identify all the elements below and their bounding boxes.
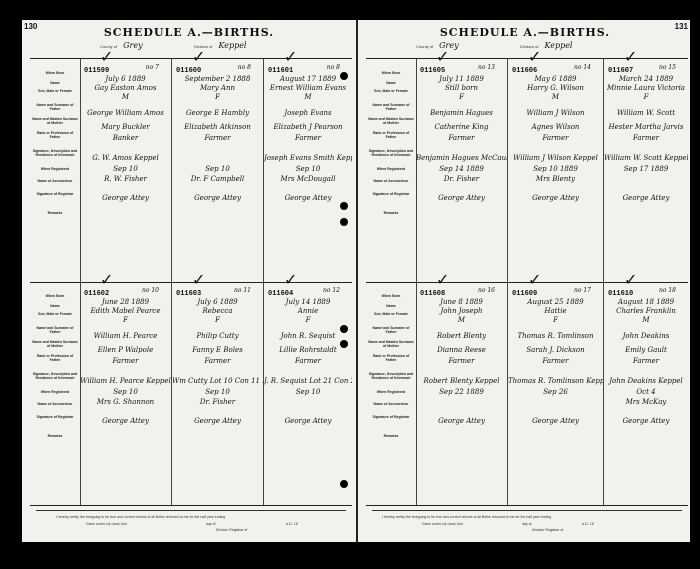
- entry-number: no 15: [659, 64, 676, 71]
- row-label: Signature, Description and Residence of …: [32, 372, 78, 380]
- field-name: Hattie: [508, 307, 603, 315]
- field-mother: Catherine King: [416, 123, 507, 131]
- field-registrar: George Attey: [508, 194, 603, 202]
- entry-cell: ✓011604no 12July 14 1889AnnieFJohn R. Se…: [264, 282, 352, 505]
- field-father: Joseph Evans: [264, 109, 352, 117]
- entry-number: no 12: [323, 287, 340, 294]
- field-sex: M: [80, 93, 171, 101]
- field-when-born: August 25 1889: [508, 298, 603, 306]
- row-label: Name and Maiden Surname of Mother: [368, 117, 414, 125]
- row-label: Signature, Description and Residence of …: [368, 149, 414, 157]
- field-name: Still born: [416, 84, 507, 92]
- check-mark-icon: ✓: [528, 270, 541, 289]
- field-registered: Sep 26: [508, 388, 603, 396]
- field-informant: John Deakins Keppel: [604, 377, 688, 385]
- field-rank: Farmer: [508, 357, 603, 365]
- field-sex: M: [604, 316, 688, 324]
- field-sex: F: [416, 93, 507, 101]
- entry-number: no 14: [574, 64, 591, 71]
- certificate-number: 011599: [84, 67, 109, 75]
- field-accoucheur: Mrs G. Shannon: [80, 398, 171, 406]
- field-sex: F: [172, 93, 263, 101]
- field-when-born: September 2 1888: [172, 75, 263, 83]
- field-name: Annie: [264, 307, 352, 315]
- certificate-number: 011600: [176, 67, 201, 75]
- field-registered: Sep 10: [264, 388, 352, 396]
- field-when-born: June 8 1889: [416, 298, 507, 306]
- check-mark-icon: ✓: [284, 47, 297, 66]
- check-mark-icon: ✓: [192, 270, 205, 289]
- field-rank: Farmer: [264, 134, 352, 142]
- field-father: John R. Sequist: [264, 332, 352, 340]
- field-sex: M: [264, 93, 352, 101]
- field-registered: Sep 14 1889: [416, 165, 507, 173]
- field-mother: Elizabeth Atkinson: [172, 123, 263, 131]
- left-page: 130 SCHEDULE A.—BIRTHS. County ofGrey Di…: [22, 20, 356, 542]
- row-label: When Registered: [32, 167, 78, 171]
- field-name: Ernest William Evans: [264, 84, 352, 92]
- schedule-title: SCHEDULE A.—BIRTHS.: [22, 26, 356, 39]
- check-mark-icon: ✓: [436, 47, 449, 66]
- field-registered: Sep 22 1889: [416, 388, 507, 396]
- entry-number: no 11: [234, 287, 251, 294]
- certificate-number: 011607: [608, 67, 633, 75]
- field-father: Thomas R. Tomlinson: [508, 332, 603, 340]
- row-label: Name of Accoucheur: [32, 179, 78, 183]
- certificate-number: 011602: [84, 290, 109, 298]
- row-label: When Born: [32, 294, 78, 298]
- row-label: Name and Surname of Father: [32, 103, 78, 111]
- check-mark-icon: ✓: [528, 47, 541, 66]
- row-label: Name of Accoucheur: [32, 402, 78, 406]
- field-registrar: George Attey: [416, 194, 507, 202]
- births-grid: When BornNameSex; Male or FemaleName and…: [366, 58, 688, 506]
- field-rank: Farmer: [172, 357, 263, 365]
- field-informant: Thomas R. Tomlinson Keppel: [508, 377, 603, 385]
- field-informant: Benjamin Hagues McCauley: [416, 154, 507, 162]
- binding-hole: [340, 72, 348, 80]
- row-label: When Registered: [368, 390, 414, 394]
- field-accoucheur: Mrs McKay: [604, 398, 688, 406]
- field-father: John Deakins: [604, 332, 688, 340]
- binding-hole: [340, 218, 348, 226]
- field-name: Minnie Laura Victoria: [604, 84, 688, 92]
- field-mother: Agnes Wilson: [508, 123, 603, 131]
- field-rank: Farmer: [172, 134, 263, 142]
- field-rank: Farmer: [604, 357, 688, 365]
- field-mother: Sarah J. Dickson: [508, 346, 603, 354]
- check-mark-icon: ✓: [436, 270, 449, 289]
- field-sex: F: [508, 316, 603, 324]
- field-registrar: George Attey: [172, 417, 263, 425]
- field-when-born: July 11 1889: [416, 75, 507, 83]
- certificate-number: 011609: [512, 290, 537, 298]
- row-label: Name and Maiden Surname of Mother: [368, 340, 414, 348]
- row-label: Name and Surname of Father: [368, 326, 414, 334]
- field-registrar: George Attey: [80, 417, 171, 425]
- field-when-born: August 18 1889: [604, 298, 688, 306]
- entry-cell: ✓011599no 7July 6 1889Gay Easton AmosMGe…: [80, 59, 172, 282]
- field-mother: Mary Buckler: [80, 123, 171, 131]
- certificate-number: 011606: [512, 67, 537, 75]
- field-rank: Farmer: [264, 357, 352, 365]
- check-mark-icon: ✓: [624, 47, 637, 66]
- field-registered: Sep 10: [80, 165, 171, 173]
- field-rank: Farmer: [508, 134, 603, 142]
- field-registered: Sep 10: [172, 165, 263, 173]
- check-mark-icon: ✓: [192, 47, 205, 66]
- row-label: Signature of Registrar: [368, 192, 414, 196]
- field-registered: Sep 10: [172, 388, 263, 396]
- field-when-born: July 14 1889: [264, 298, 352, 306]
- right-page: 131 SCHEDULE A.—BIRTHS. County ofGrey Di…: [356, 20, 692, 542]
- field-registrar: George Attey: [264, 417, 352, 425]
- entry-cell: ✓011603no 11July 6 1889RebeccaFPhilip Cu…: [172, 282, 264, 505]
- row-label: When Born: [368, 294, 414, 298]
- row-label: Rank or Profession of Father: [32, 354, 78, 362]
- row-label: Name: [368, 304, 414, 308]
- row-label: Remarks: [32, 434, 78, 438]
- binding-hole: [340, 340, 348, 348]
- check-mark-icon: ✓: [624, 270, 637, 289]
- row-label: Rank or Profession of Father: [32, 131, 78, 139]
- register-sheet: 130 SCHEDULE A.—BIRTHS. County ofGrey Di…: [22, 20, 690, 542]
- field-sex: F: [604, 93, 688, 101]
- row-label: When Born: [32, 71, 78, 75]
- field-father: William J Wilson: [508, 109, 603, 117]
- field-when-born: August 17 1889: [264, 75, 352, 83]
- field-father: George William Amos: [80, 109, 171, 117]
- field-when-born: March 24 1889: [604, 75, 688, 83]
- row-label: When Registered: [32, 390, 78, 394]
- field-mother: Dianna Reese: [416, 346, 507, 354]
- row-label: Signature, Description and Residence of …: [368, 372, 414, 380]
- entry-cell: ✓011601no 8August 17 1889Ernest William …: [264, 59, 352, 282]
- entry-cell: ✓011600no 8September 2 1888Mary AnnFGeor…: [172, 59, 264, 282]
- certificate-number: 011601: [268, 67, 293, 75]
- field-accoucheur: Dr. F Campbell: [172, 175, 263, 183]
- field-rank: Farmer: [80, 357, 171, 365]
- field-sex: F: [172, 316, 263, 324]
- row-label: Sex; Male or Female: [32, 312, 78, 316]
- field-name: Charles Franklin: [604, 307, 688, 315]
- binding-hole: [340, 202, 348, 210]
- field-when-born: July 6 1889: [80, 75, 171, 83]
- field-sex: F: [264, 316, 352, 324]
- entry-cell: ✓011608no 16June 8 1889John JosephMRober…: [416, 282, 508, 505]
- entry-number: no 18: [659, 287, 676, 294]
- row-label: Remarks: [368, 434, 414, 438]
- field-informant: J. R. Sequist Lot 21 Con 2 Keppel: [264, 377, 352, 385]
- field-rank: Farmer: [604, 134, 688, 142]
- field-registrar: George Attey: [604, 194, 688, 202]
- field-registrar: George Attey: [172, 194, 263, 202]
- field-registered: Sep 17 1889: [604, 165, 688, 173]
- row-label: Name and Surname of Father: [32, 326, 78, 334]
- check-mark-icon: ✓: [100, 270, 113, 289]
- field-registrar: George Attey: [508, 417, 603, 425]
- field-accoucheur: Dr. Fisher: [416, 175, 507, 183]
- field-accoucheur: Dr. Fisher: [172, 398, 263, 406]
- entry-number: no 17: [574, 287, 591, 294]
- field-informant: Joseph Evans Smith Keppel: [264, 154, 352, 162]
- row-label: Name: [32, 304, 78, 308]
- field-accoucheur: Mrs Blenty: [508, 175, 603, 183]
- entry-cell: ✓011606no 14May 6 1889Harry G. WilsonMWi…: [508, 59, 604, 282]
- field-father: William H. Pearce: [80, 332, 171, 340]
- row-label: Sex; Male or Female: [368, 312, 414, 316]
- field-mother: Lillie Rohrstaldt: [264, 346, 352, 354]
- entry-number: no 8: [238, 64, 251, 71]
- entry-cell: ✓011610no 18August 18 1889Charles Frankl…: [604, 282, 688, 505]
- field-informant: William H. Pearce Keppel: [80, 377, 171, 385]
- row-label: Name of Accoucheur: [368, 402, 414, 406]
- entry-cell: ✓011602no 10June 28 1889Edith Mabel Pear…: [80, 282, 172, 505]
- row-label: When Born: [368, 71, 414, 75]
- entry-number: no 10: [142, 287, 159, 294]
- row-label: Name and Surname of Father: [368, 103, 414, 111]
- field-mother: Ellen P Walpole: [80, 346, 171, 354]
- row-label: Sex; Male or Female: [368, 89, 414, 93]
- certificate-number: 011605: [420, 67, 445, 75]
- row-label: Name and Maiden Surname of Mother: [32, 340, 78, 348]
- check-mark-icon: ✓: [100, 47, 113, 66]
- row-label: Rank or Profession of Father: [368, 354, 414, 362]
- field-sex: M: [416, 316, 507, 324]
- field-name: Harry G. Wilson: [508, 84, 603, 92]
- field-mother: Fanny E Boles: [172, 346, 263, 354]
- row-label: Rank or Profession of Father: [368, 131, 414, 139]
- row-label: Name and Maiden Surname of Mother: [32, 117, 78, 125]
- entry-number: no 16: [478, 287, 495, 294]
- field-registrar: George Attey: [264, 194, 352, 202]
- field-registrar: George Attey: [604, 417, 688, 425]
- field-informant: Wm Cutty Lot 10 Con 11 Keppel: [172, 377, 263, 385]
- field-registrar: George Attey: [80, 194, 171, 202]
- entry-number: no 13: [478, 64, 495, 71]
- check-mark-icon: ✓: [284, 270, 297, 289]
- certificate-number: 011610: [608, 290, 633, 298]
- entry-number: no 8: [327, 64, 340, 71]
- field-registered: Sep 10: [264, 165, 352, 173]
- field-mother: Hester Martha Jarvis: [604, 123, 688, 131]
- field-mother: Emily Gault: [604, 346, 688, 354]
- births-grid: When BornNameSex; Male or FemaleName and…: [30, 58, 352, 506]
- entry-number: no 7: [146, 64, 159, 71]
- field-sex: M: [508, 93, 603, 101]
- field-mother: Elizabeth J Pearson: [264, 123, 352, 131]
- field-rank: Farmer: [416, 134, 507, 142]
- row-label: Signature, Description and Residence of …: [32, 149, 78, 157]
- field-name: Rebecca: [172, 307, 263, 315]
- entry-cell: ✓011607no 15March 24 1889Minnie Laura Vi…: [604, 59, 688, 282]
- row-label: Signature of Registrar: [368, 415, 414, 419]
- field-when-born: July 6 1889: [172, 298, 263, 306]
- field-registrar: George Attey: [416, 417, 507, 425]
- certificate-number: 011604: [268, 290, 293, 298]
- field-name: John Joseph: [416, 307, 507, 315]
- field-registered: Oct 4: [604, 388, 688, 396]
- field-name: Edith Mabel Pearce: [80, 307, 171, 315]
- field-rank: Banker: [80, 134, 171, 142]
- field-accoucheur: Mrs McDougall: [264, 175, 352, 183]
- field-father: William W. Scott: [604, 109, 688, 117]
- row-label: Signature of Registrar: [32, 415, 78, 419]
- row-label: Remarks: [368, 211, 414, 215]
- field-registered: Sep 10 1889: [508, 165, 603, 173]
- schedule-title: SCHEDULE A.—BIRTHS.: [358, 26, 692, 39]
- field-father: Benjamin Hagues: [416, 109, 507, 117]
- field-informant: William W. Scott Keppel: [604, 154, 688, 162]
- field-father: Philip Cutty: [172, 332, 263, 340]
- row-label: When Registered: [368, 167, 414, 171]
- field-name: Mary Ann: [172, 84, 263, 92]
- certificate-number: 011608: [420, 290, 445, 298]
- field-when-born: June 28 1889: [80, 298, 171, 306]
- entry-cell: ✓011605no 13July 11 1889Still bornFBenja…: [416, 59, 508, 282]
- binding-hole: [340, 325, 348, 333]
- field-informant: William J Wilson Keppel: [508, 154, 603, 162]
- field-rank: Farmer: [416, 357, 507, 365]
- row-label: Remarks: [32, 211, 78, 215]
- row-label: Signature of Registrar: [32, 192, 78, 196]
- field-father: Robert Blenty: [416, 332, 507, 340]
- row-label: Name of Accoucheur: [368, 179, 414, 183]
- field-when-born: May 6 1889: [508, 75, 603, 83]
- row-label: Name: [32, 81, 78, 85]
- entry-cell: ✓011609no 17August 25 1889HattieFThomas …: [508, 282, 604, 505]
- certificate-number: 011603: [176, 290, 201, 298]
- binding-hole: [340, 480, 348, 488]
- field-registered: Sep 10: [80, 388, 171, 396]
- field-sex: F: [80, 316, 171, 324]
- field-informant: G. W. Amos Keppel: [80, 154, 171, 162]
- field-informant: Robert Blenty Keppel: [416, 377, 507, 385]
- row-label: Name: [368, 81, 414, 85]
- field-accoucheur: R. W. Fisher: [80, 175, 171, 183]
- field-father: George E Hambly: [172, 109, 263, 117]
- field-name: Gay Easton Amos: [80, 84, 171, 92]
- row-label: Sex; Male or Female: [32, 89, 78, 93]
